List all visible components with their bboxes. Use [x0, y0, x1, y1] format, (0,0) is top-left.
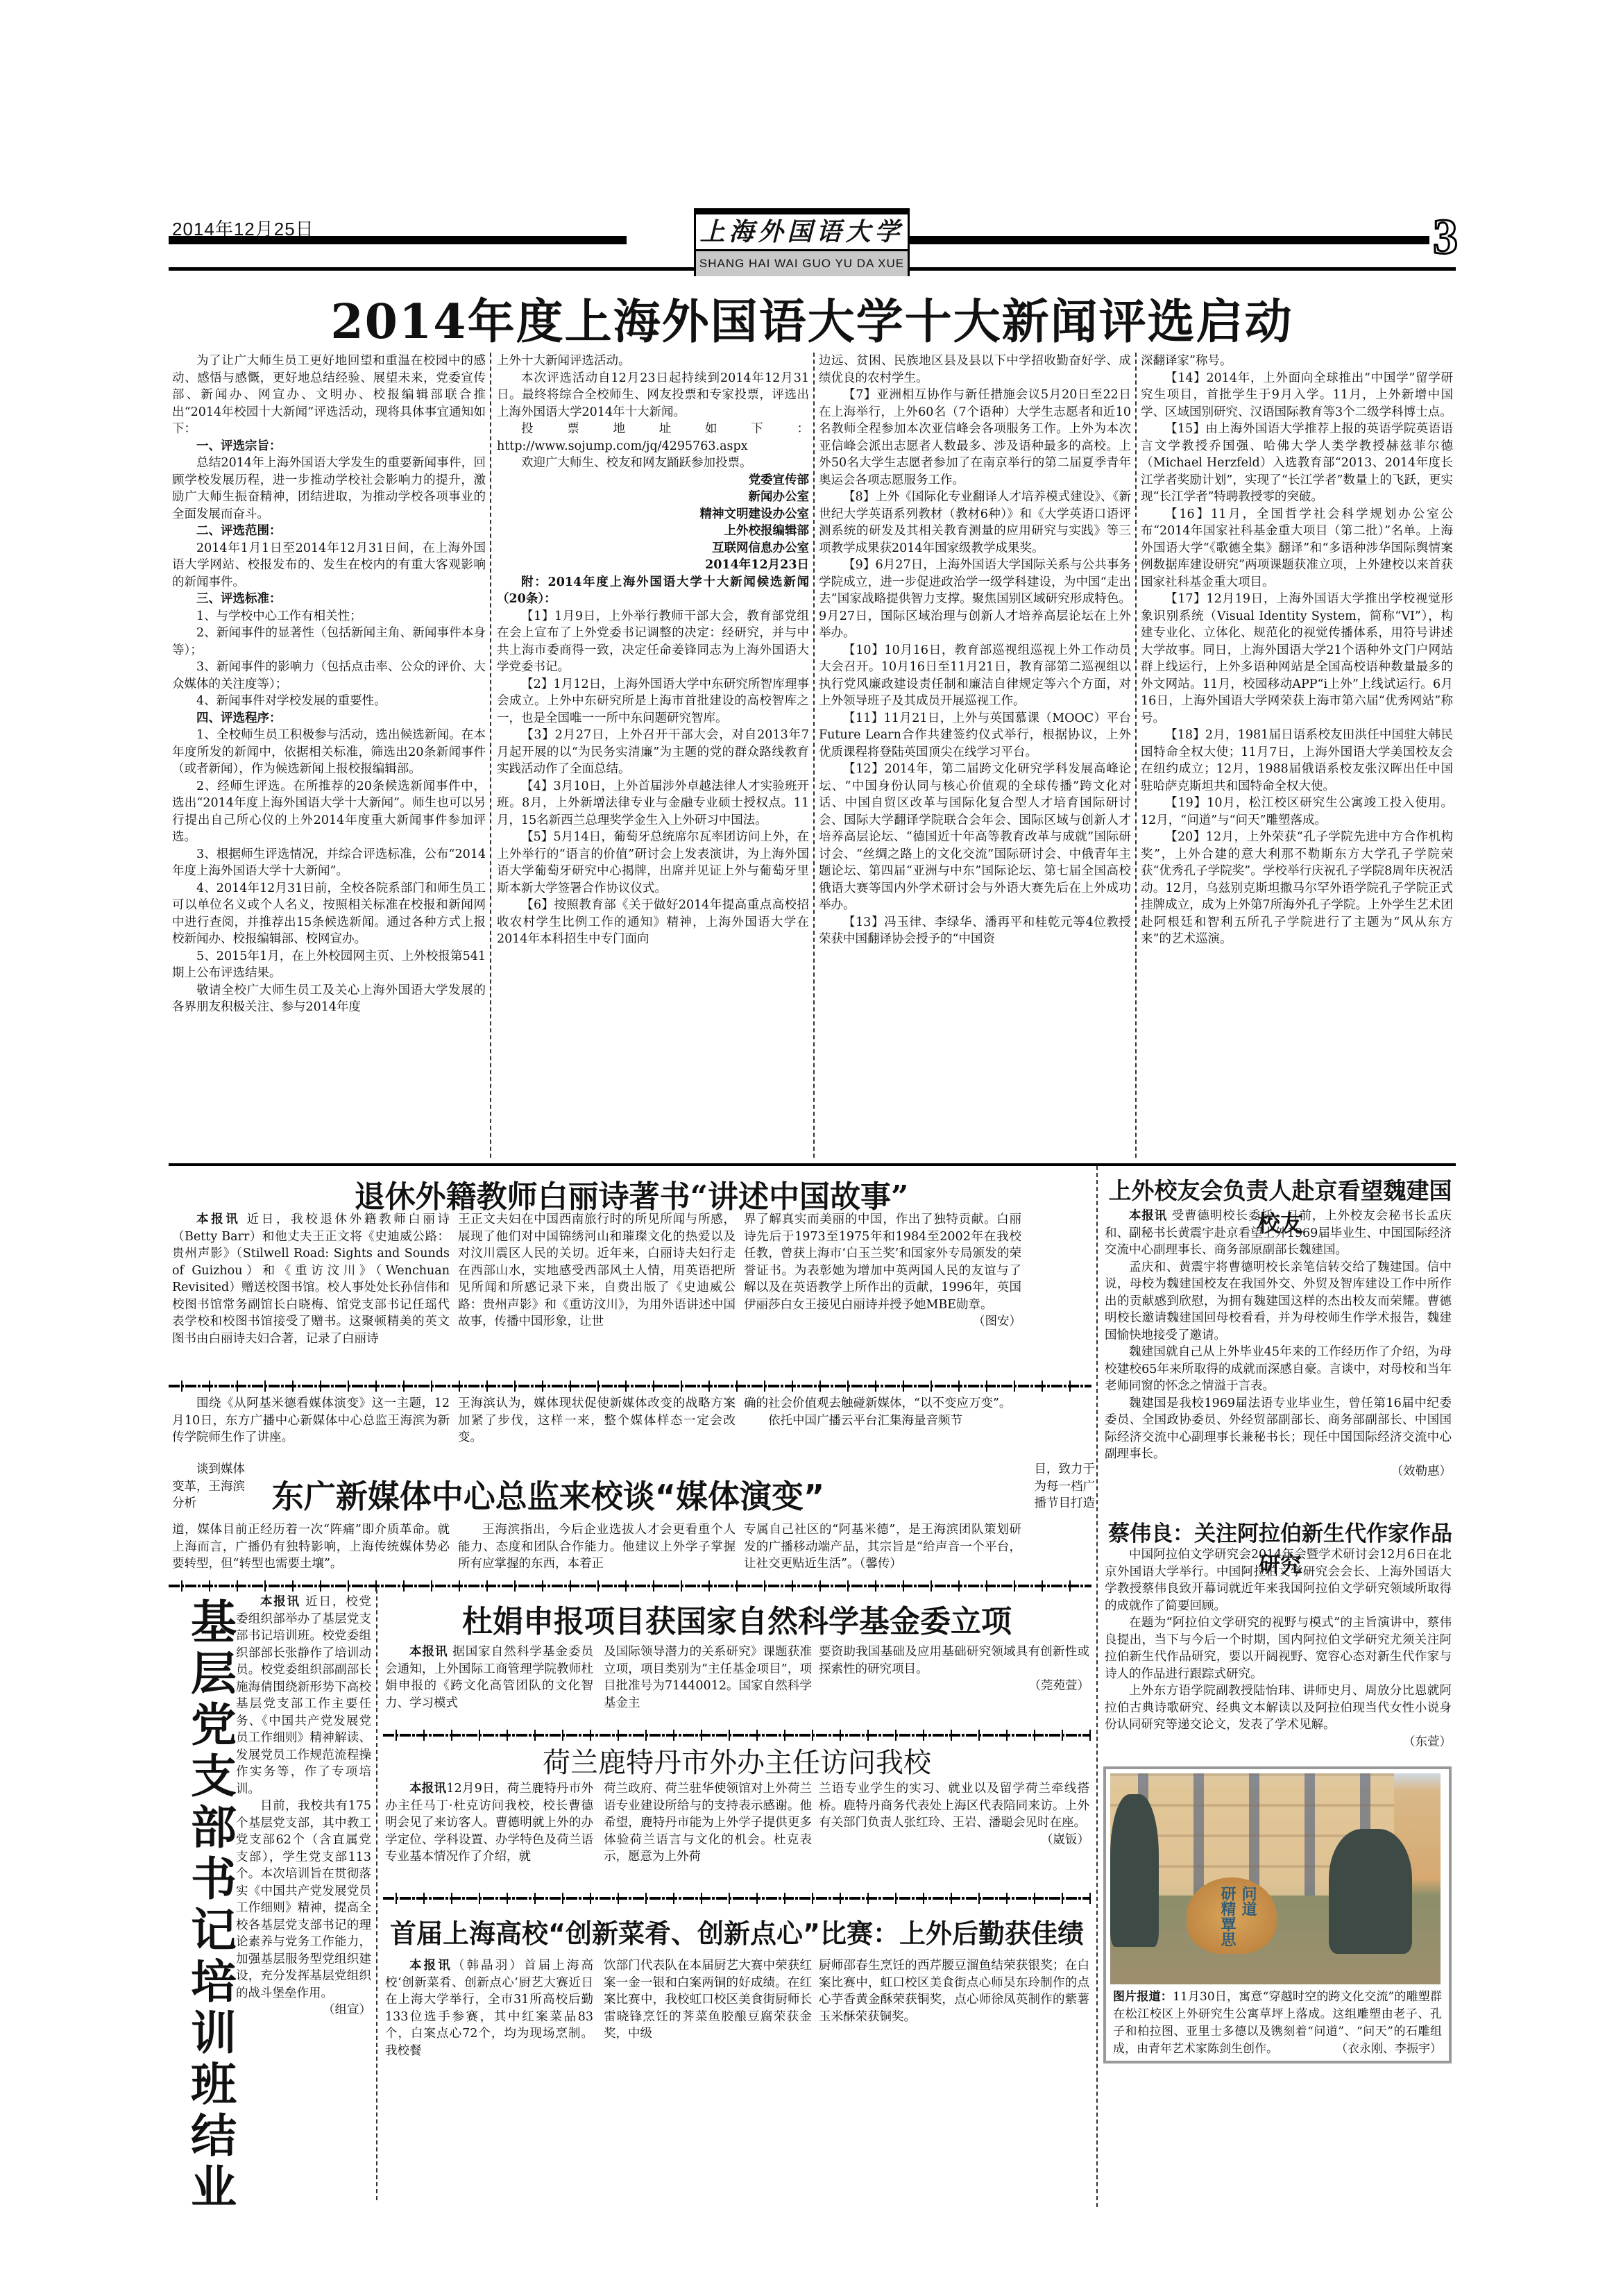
media-top-col-2: 王海滨认为，媒体现状促使新媒体改变的战略方案加紧了步伐，这样一来，整个媒体样态一…: [458, 1395, 736, 1446]
fancy-rule: [383, 1897, 1091, 1900]
signature-line: 2014年12月23日: [497, 557, 809, 574]
lead-column-3: 边远、贫困、民族地区县及县以下中学招收勤奋好学、成绩优良的农村学生。【7】亚洲相…: [819, 353, 1131, 948]
nsfc-col-3: 要资助我国基础及应用基础研究领域具有创新性或探索性的研究项目。（莞苑萱）: [819, 1644, 1089, 1695]
photo-caption: 图片报道：11月30日，寓意“穿越时空的跨文化交流”的雕塑群在松江校区上外研究生…: [1106, 1984, 1449, 2062]
paragraph: 【6】按照教育部《关于做好2014年提高重点高校招收农村学生比例工作的通知》精神…: [497, 897, 809, 948]
paragraph: 【19】10月，松江校区研究生公寓竣工投入使用。12月，“问道”与“问天”雕塑落…: [1141, 795, 1453, 829]
paragraph: 【20】12月，上外荣获“孔子学院先进中方合作机构奖”，上外合建的意大利那不勒斯…: [1141, 829, 1453, 948]
cuisine-col-3: 厨师邵春生烹饪的西芹腰豆溜鱼结荣获银奖；在白案比赛中，虹口校区美食街点心师吴东玲…: [819, 1957, 1089, 2025]
paragraph: 【3】2月27日，上外召开干部大会，对自2013年7月起开展的以“为民务实清廉”…: [497, 727, 809, 778]
byline: 本报讯: [196, 1213, 240, 1226]
paragraph: 4、新闻事件对学校发展的重要性。: [172, 693, 486, 710]
paragraph: 【16】11月，全国哲学社会科学规划办公室公布“2014年国家社科基金重大项目（…: [1141, 506, 1453, 591]
lead-column-2: 上外十大新闻评选活动。本次评选活动自12月23日起持续到2014年12月31日。…: [497, 353, 809, 948]
paragraph: 1、全校师生员工积极参与活动，选出候选新闻。在本年度所发的新闻中，依据相关标准，…: [172, 727, 486, 778]
paragraph: 边远、贫困、民族地区县及县以下中学招收勤奋好学、成绩优良的农村学生。: [819, 353, 1131, 387]
paragraph: 5、2015年1月，在上外校园网主页、上外校报第541期上公布评选结果。: [172, 948, 486, 982]
betty-col-1: 本报讯 近日，我校退休外籍教师白丽诗（Betty Barr）和他丈夫王正文将《史…: [172, 1211, 450, 1347]
arabic-body: 中国阿拉伯文学研究会2014年会暨学术研讨会12月6日在北京外国语大学举行。中国…: [1105, 1546, 1452, 1750]
paragraph: 【1】1月9日，上外举行教师干部大会，教育部党组在会上宣布了上外党委书记调整的决…: [497, 608, 809, 676]
paragraph: 【18】2月，1981届日语系校友田洪任中国驻大韩民国特命全权大使；11月7日，…: [1141, 727, 1453, 795]
signature-line: 党委宣传部: [497, 472, 809, 489]
column-divider: [813, 353, 815, 1158]
section-heading: 二、评选范围：: [172, 523, 486, 540]
paragraph: 【13】冯玉律、李绿华、潘再平和桂乾元等4位教授荣获中国翻译协会授予的“中国资: [819, 914, 1131, 948]
paragraph: 【15】由上海外国语大学推荐上报的英语学院英语语言文学教授乔国强、哈佛大学人类学…: [1141, 421, 1453, 506]
signature-line: 新闻办公室: [497, 489, 809, 506]
paragraph: 1、与学校中心工作有相关性；: [172, 608, 486, 625]
cuisine-col-1: 本报讯（韩晶羽）首届上海高校‘创新菜肴、创新点心’厨艺大赛近日在上海大学举行，全…: [385, 1957, 593, 2059]
paragraph: 2014年1月1日至2014年12月31日间，在上海外国语大学网站、校报发布的、…: [172, 540, 486, 591]
media-bottom-col-2: 王海滨指出，今后企业选拔人才会更看重个人能力、态度和团队合作能力。他建议上外学子…: [458, 1521, 736, 1573]
cuisine-col-2: 饮部门代表队在本届厨艺大赛中荣获红案一金一银和白案两铜的好成绩。在红案比赛中，我…: [604, 1957, 812, 2043]
nsfc-headline: 杜娟申报项目获国家自然科学基金委立项: [383, 1596, 1091, 1641]
signature-line: 上外校报编辑部: [497, 523, 809, 540]
delft-col-2: 荷兰政府、荷兰驻华使领馆对上外荷兰语专业建设所给与的支持表示感谢。他希望，鹿特丹…: [604, 1780, 812, 1866]
paragraph: 【5】5月14日，葡萄牙总统席尔瓦率团访问上外，在上外举行的“语言的价值”研讨会…: [497, 829, 809, 897]
statue-left-graphic: [1110, 1794, 1159, 1947]
paragraph: 4、2014年12月31日前，全校各院系部门和师生员工可以单位名义或个人名义，按…: [172, 880, 486, 948]
paragraph: 【14】2014年，上外面向全球推出“中国学”留学研究生项目，首批学生于9月入学…: [1141, 370, 1453, 421]
lead-column-1: 为了让广大师生员工更好地回望和重温在校园中的感动、感悟与感慨，更好地总结经验、展…: [172, 353, 486, 1016]
section-heading: 附：2014年度上海外国语大学十大新闻候选新闻（20条）：: [497, 574, 809, 608]
paragraph: 【9】6月27日，上海外国语大学国际关系与公共事务学院成立，进一步促进政治学一级…: [819, 557, 1131, 642]
column-divider: [1096, 1166, 1099, 2207]
paper-name-cn: 上海外国语大学: [696, 210, 908, 249]
party-headline: 基层党支部书记培训班结业: [186, 1596, 241, 2213]
paragraph: 【8】上外《国际化专业翻译人才培养模式建设》、《新世纪大学英语系列教材（教材6种…: [819, 489, 1131, 557]
lead-column-4: 深翻译家”称号。【14】2014年，上外面向全球推出“中国学”留学研究生项目，首…: [1141, 353, 1453, 948]
paragraph: 【11】11月21日，上外与英国慕课（MOOC）平台Future Learn合作…: [819, 710, 1131, 761]
cuisine-headline: 首届上海高校“创新菜肴、创新点心”比赛：上外后勤获佳绩: [383, 1912, 1091, 1950]
section-heading: 一、评选宗旨：: [172, 438, 486, 455]
paragraph: 【10】10月16日，教育部巡视组巡视上外工作动员大会召开。10月16日至11月…: [819, 642, 1131, 710]
paragraph: 3、新闻事件的影响力（包括点击率、公众的评价、大众媒体的关注度等）；: [172, 659, 486, 693]
paragraph: 2、经师生评选。在所推荐的20条候选新闻事件中，选出“2014年度上海外国语大学…: [172, 778, 486, 846]
fancy-rule: [383, 1734, 1091, 1737]
section-heading: 四、评选程序：: [172, 710, 486, 727]
inscribed-rock-graphic: 问道 研精覃思: [1187, 1877, 1277, 1954]
nsfc-col-2: 及国际领导潜力的关系研究》课题获准立项，项目类别为“主任基金项目”，项目批准号为…: [604, 1644, 812, 1712]
paragraph: 【12】2014年，第二届跨文化研究学科发展高峰论坛、“中国身份认同与核心价值观…: [819, 761, 1131, 914]
masthead-bar-left: [169, 236, 627, 244]
media-right-side: 目，致力于为每一档广播节目打造: [1026, 1461, 1095, 1512]
paragraph: 总结2014年上海外国语大学发生的重要新闻事件，回顾学校发展历程，进一步推动学校…: [172, 455, 486, 523]
paragraph: 【7】亚洲相互协作与新任措施会议5月20日至22日在上海举行，上外60名（7个语…: [819, 387, 1131, 489]
paragraph: 【2】1月12日，上海外国语大学中东研究所智库理事会成立。上外中东研究所是上海市…: [497, 676, 809, 727]
fancy-rule: [169, 1385, 1091, 1387]
fancy-rule: [169, 1585, 1091, 1587]
paragraph: 2、新闻事件的显著性（包括新闻主角、新闻事件本身等）；: [172, 625, 486, 659]
paragraph: 投票地址如下：http://www.sojump.com/jq/4295763.…: [497, 421, 809, 455]
signature-line: 互联网信息办公室: [497, 540, 809, 557]
media-bottom-col-1: 道，媒体目前正经历着一次“阵痛”即介质革命。就上海而言，广播仍有独特影响，上海传…: [172, 1521, 450, 1573]
delft-col-1: 本报讯12月9日，荷兰鹿特丹市外办主任马丁·杜克访问我校，校长曹德明会见了来访客…: [385, 1780, 593, 1866]
nsfc-col-1: 本报讯 据国家自然科学基金委员会通知，上外国际工商管理学院教师杜娟申报的《跨文化…: [385, 1644, 593, 1712]
media-bottom-col-3: 专属自己社区的“阿基米德”，是王海滨团队策划研发的广播移动端产品，其宗旨是“给声…: [744, 1521, 1021, 1573]
paper-name-pinyin: SHANG HAI WAI GUO YU DA XUE: [696, 249, 908, 276]
paragraph: 深翻译家”称号。: [1141, 353, 1453, 370]
paragraph: 上外十大新闻评选活动。: [497, 353, 809, 370]
paragraph: 【17】12月19日，上海外国语大学推出学校视觉形象识别系统（Visual Id…: [1141, 591, 1453, 727]
sculpture-photo: 问道 研精覃思: [1110, 1773, 1441, 1984]
betty-col-2: 王正文夫妇在中国西南旅行时的所见所闻与所感，展现了他们对中国锦绣河山和璀璨文化的…: [458, 1211, 736, 1331]
media-headline: 东广新媒体中心总监来校谈“媒体演变”: [250, 1471, 847, 1517]
paper-flag: 上海外国语大学 SHANG HAI WAI GUO YU DA XUE: [694, 208, 910, 276]
column-divider: [376, 1589, 379, 2200]
paragraph: 【4】3月10日，上外首届涉外卓越法律人才实验班开班。8月，上外新增法律专业与金…: [497, 778, 809, 829]
media-left-side: 谈到媒体变革，王海滨分析: [172, 1461, 245, 1512]
alumni-body: 本报讯 受曹德明校长委托，日前，上外校友会秘书长孟庆和、副秘书长黄震宇赴京看望上…: [1105, 1208, 1452, 1480]
paragraph: 欢迎广大师生、校友和网友踊跃参加投票。: [497, 455, 809, 472]
media-top-col-1: 围绕《从阿基米德看媒体演变》这一主题，12月10日，东方广播中心新媒体中心总监王…: [172, 1395, 450, 1446]
section-heading: 三、评选标准：: [172, 591, 486, 608]
photo-report-box: 问道 研精覃思 图片报道：11月30日，寓意“穿越时空的跨文化交流”的雕塑群在松…: [1103, 1766, 1452, 2063]
paragraph: 3、根据师生评选情况，并综合评选标准，公布“2014年度上海外国语大学十大新闻”…: [172, 846, 486, 880]
media-top-col-3: 确的社会价值观去触碰新媒体，“以不变应万变”。依托中国广播云平台汇集海量音频节: [744, 1395, 1021, 1429]
signature-line: 精神文明建设办公室: [497, 506, 809, 523]
betty-headline: 退休外籍教师白丽诗著书“讲述中国故事”: [167, 1172, 1096, 1216]
paragraph: 本次评选活动自12月23日起持续到2014年12月31日。最终将综合全校师生、网…: [497, 370, 809, 421]
statue-right-graphic: [1329, 1829, 1412, 1954]
delft-headline: 荷兰鹿特丹市外办主任访问我校: [383, 1741, 1091, 1780]
column-divider: [1135, 353, 1137, 1158]
masthead-bar-right: [833, 236, 1429, 244]
page-number: 3: [1433, 208, 1458, 266]
betty-col-3: 界了解真实而美丽的中国，作出了独特贡献。白丽诗先后于1973至1975年和198…: [744, 1211, 1021, 1331]
lead-headline: 2014年度上海外国语大学十大新闻评选启动: [167, 285, 1457, 352]
section-rule: [169, 1163, 1456, 1166]
column-divider: [490, 353, 491, 1158]
paragraph: 敬请全校广大师生员工及关心上海外国语大学发展的各界朋友积极关注、参与2014年度: [172, 982, 486, 1016]
paragraph: 为了让广大师生员工更好地回望和重温在校园中的感动、感悟与感慨，更好地总结经验、展…: [172, 353, 486, 438]
delft-col-3: 兰语专业学生的实习、就业以及留学荷兰牵线搭桥。鹿特丹商务代表处上海区代表陪同来访…: [819, 1780, 1089, 1848]
party-body: 本报讯 近日，校党委组织部举办了基层党支部书记培训班。校党委组织部部长张静作了培…: [236, 1594, 371, 2019]
